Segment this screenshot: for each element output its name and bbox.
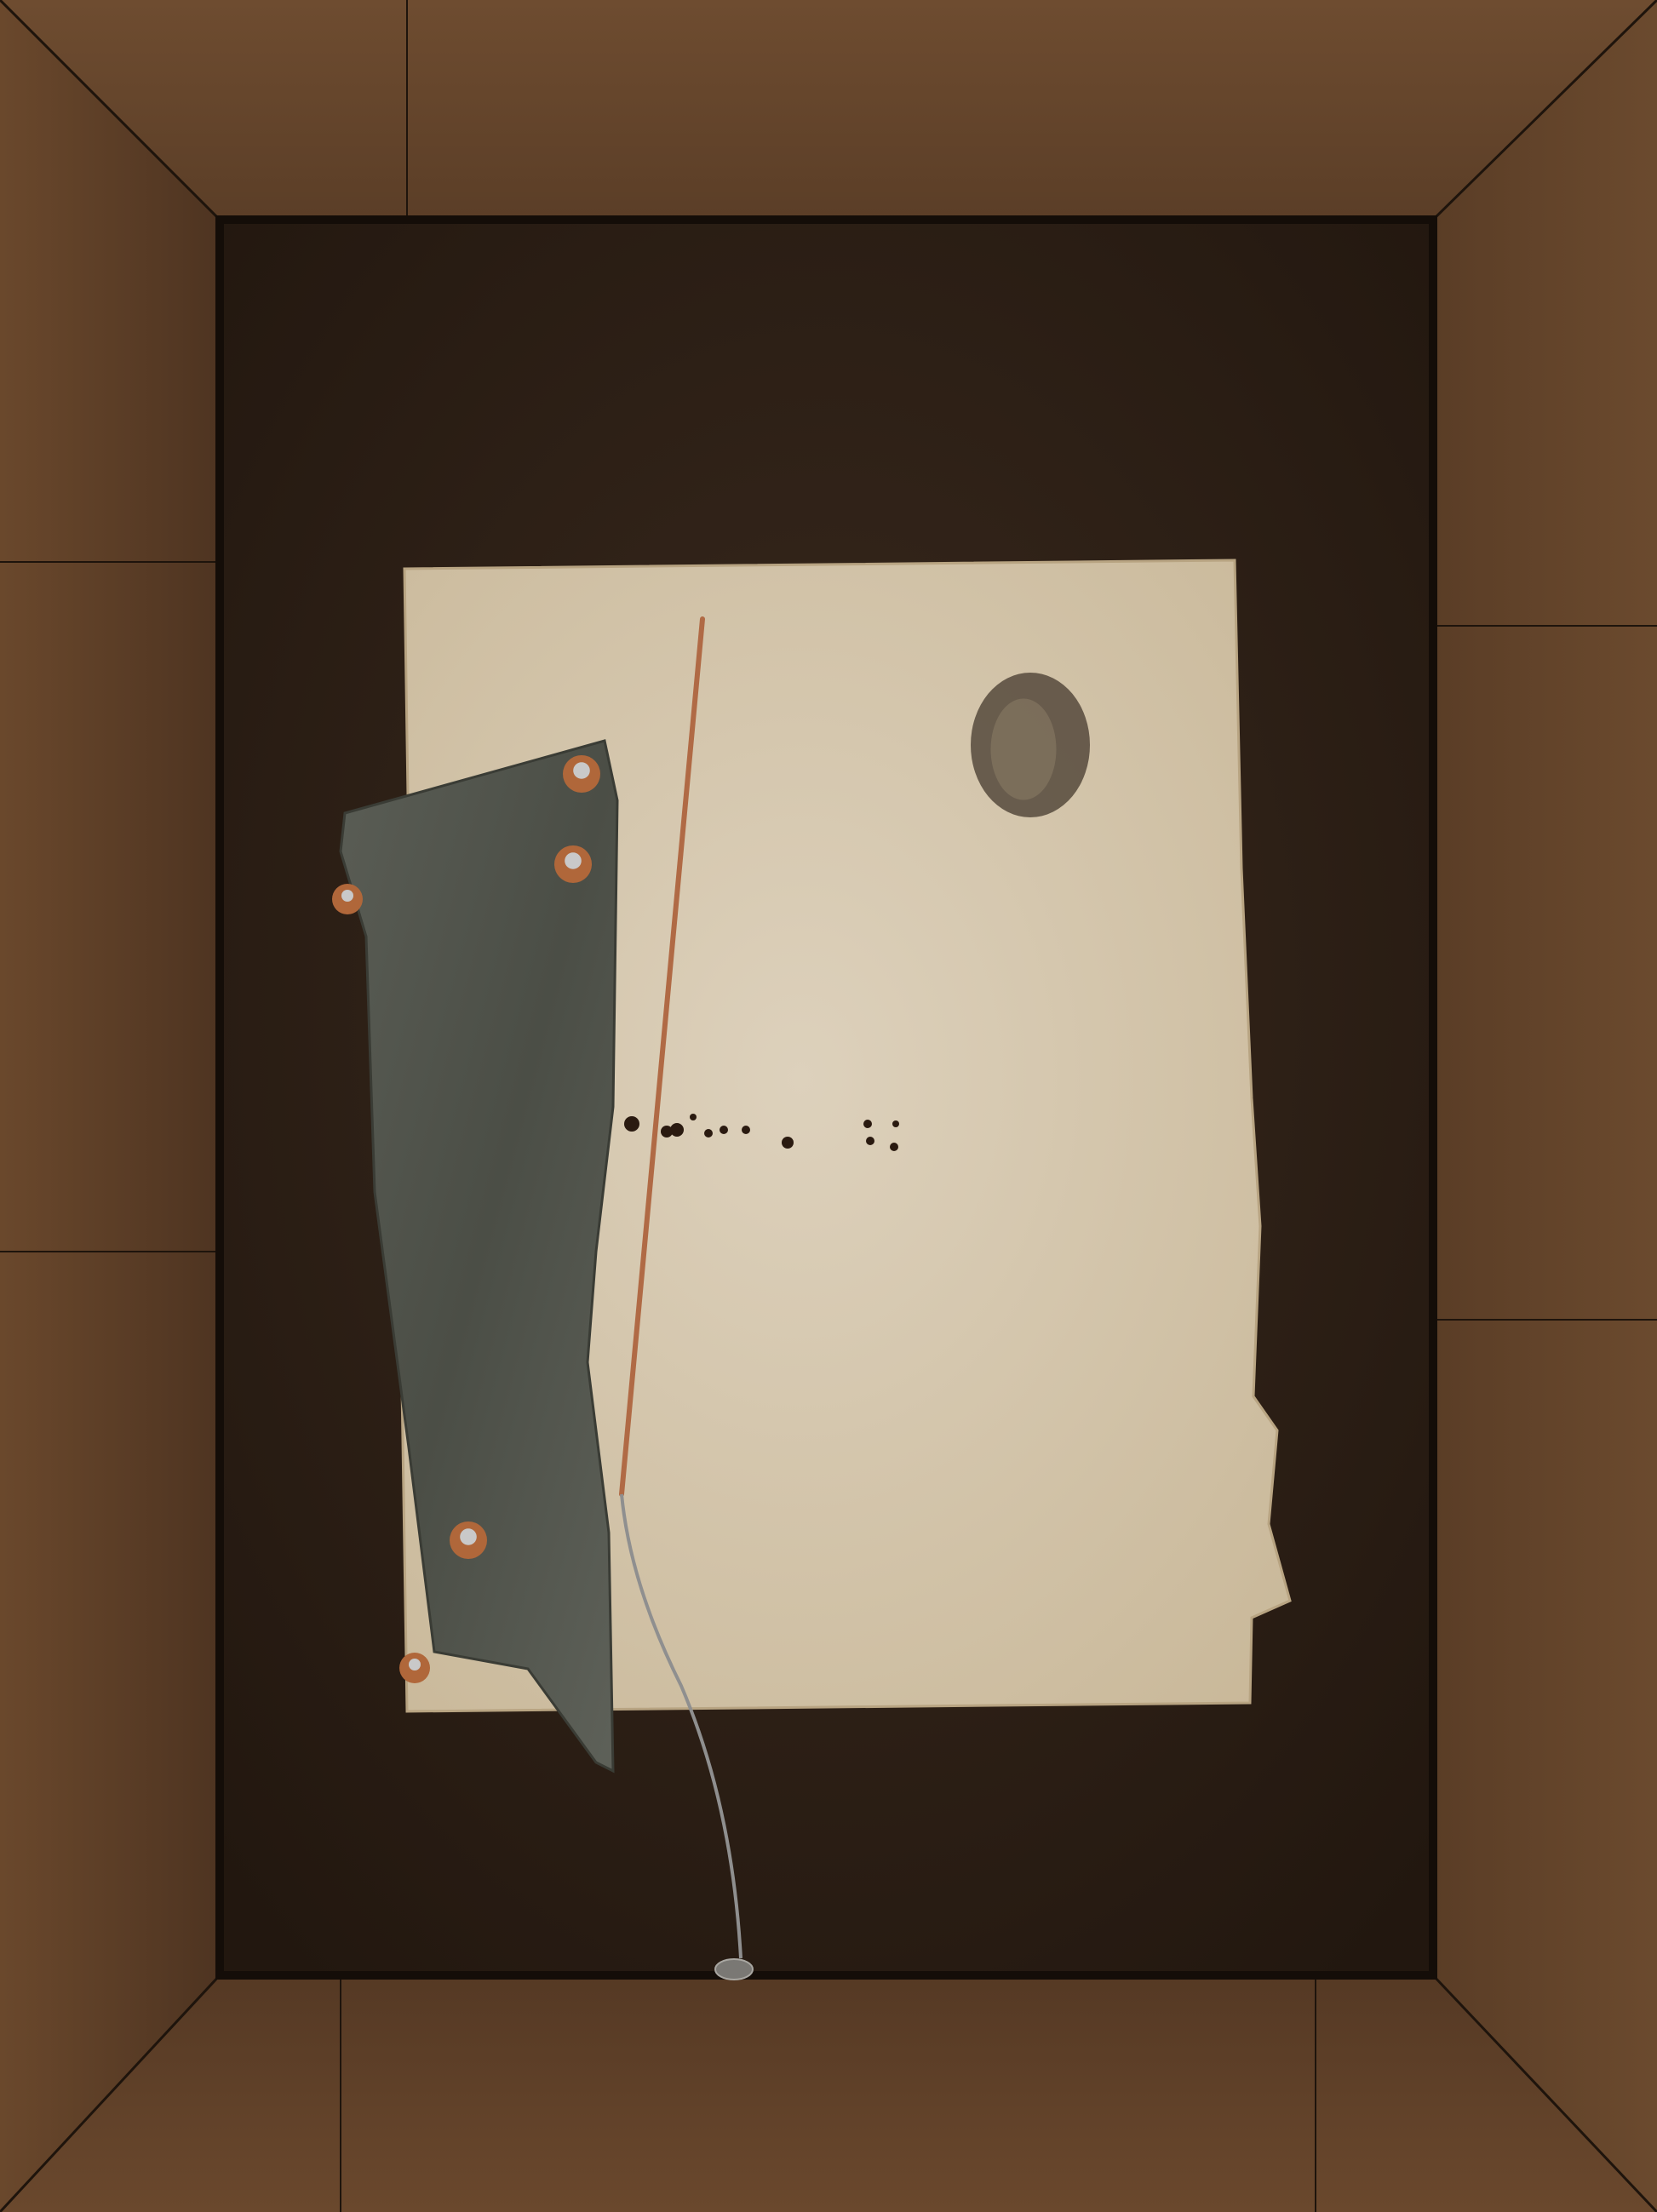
frame-right bbox=[1433, 0, 1657, 2212]
rivet-icon bbox=[450, 1521, 487, 1559]
frame-bottom bbox=[0, 1975, 1657, 2212]
ink-dot bbox=[624, 1116, 639, 1132]
ink-dot bbox=[742, 1126, 750, 1134]
artwork-photo bbox=[0, 0, 1657, 2212]
artwork-canvas bbox=[0, 0, 1657, 2212]
ink-dot bbox=[890, 1143, 898, 1151]
frame-left bbox=[0, 0, 220, 2212]
rivet-icon bbox=[554, 845, 592, 883]
frame-top bbox=[0, 0, 1657, 220]
ink-dot bbox=[690, 1114, 697, 1120]
metal-disc bbox=[715, 1959, 753, 1980]
ink-dot bbox=[782, 1137, 794, 1149]
ink-dot bbox=[720, 1126, 728, 1134]
ink-dot bbox=[863, 1120, 872, 1128]
ink-dot bbox=[704, 1129, 713, 1138]
ink-dot bbox=[670, 1123, 684, 1137]
rivet-icon bbox=[399, 1653, 430, 1683]
rivet-icon bbox=[563, 755, 600, 793]
ink-dot bbox=[866, 1137, 874, 1145]
rivet-icon bbox=[332, 884, 363, 914]
ink-dot bbox=[892, 1120, 899, 1127]
